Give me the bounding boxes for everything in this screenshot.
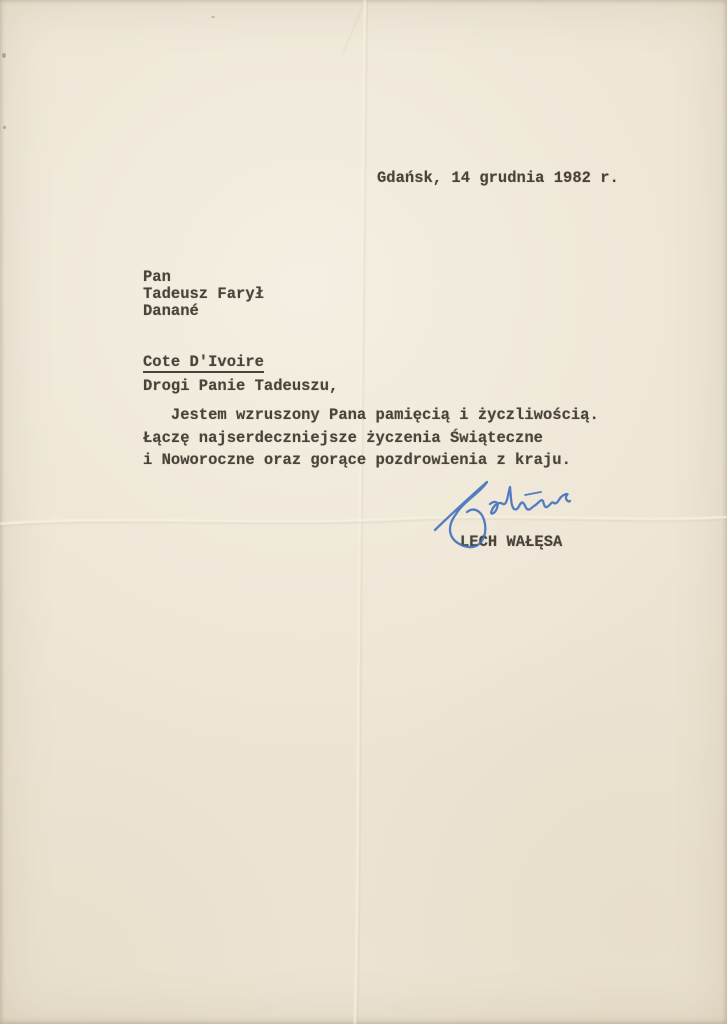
salutation: Drogi Panie Tadeuszu, [143,377,338,395]
paper-speck [3,126,6,129]
text-line: Danané [143,303,264,320]
text-line: i Noworoczne oraz gorące pozdrowienia z … [143,449,599,472]
paper-speck [211,16,215,18]
text-line: Łączę najserdeczniejsze życzenia Świątec… [143,427,599,450]
dateline: Gdańsk, 14 grudnia 1982 r. [377,169,619,187]
horizontal-fold-crease [0,517,727,526]
recipient-country-line: Cote D'Ivoire [143,354,264,373]
text-line: Jestem wzruszony Pana pamięcią i życzliw… [143,404,599,427]
letter-body: Jestem wzruszony Pana pamięcią i życzliw… [143,404,599,472]
paper-speck [2,53,6,58]
typed-signature-name: LECH WAŁĘSA [460,533,562,551]
vertical-fold-crease [343,0,367,1024]
recipient-lines: PanTadeusz FaryłDanané [143,269,264,320]
text-line: Pan [143,269,264,286]
fold-crease-lines [0,0,727,1024]
letter-page: Gdańsk, 14 grudnia 1982 r. PanTadeusz Fa… [0,0,727,1024]
recipient-country: Cote D'Ivoire [143,354,264,373]
text-line: Tadeusz Farył [143,286,264,303]
